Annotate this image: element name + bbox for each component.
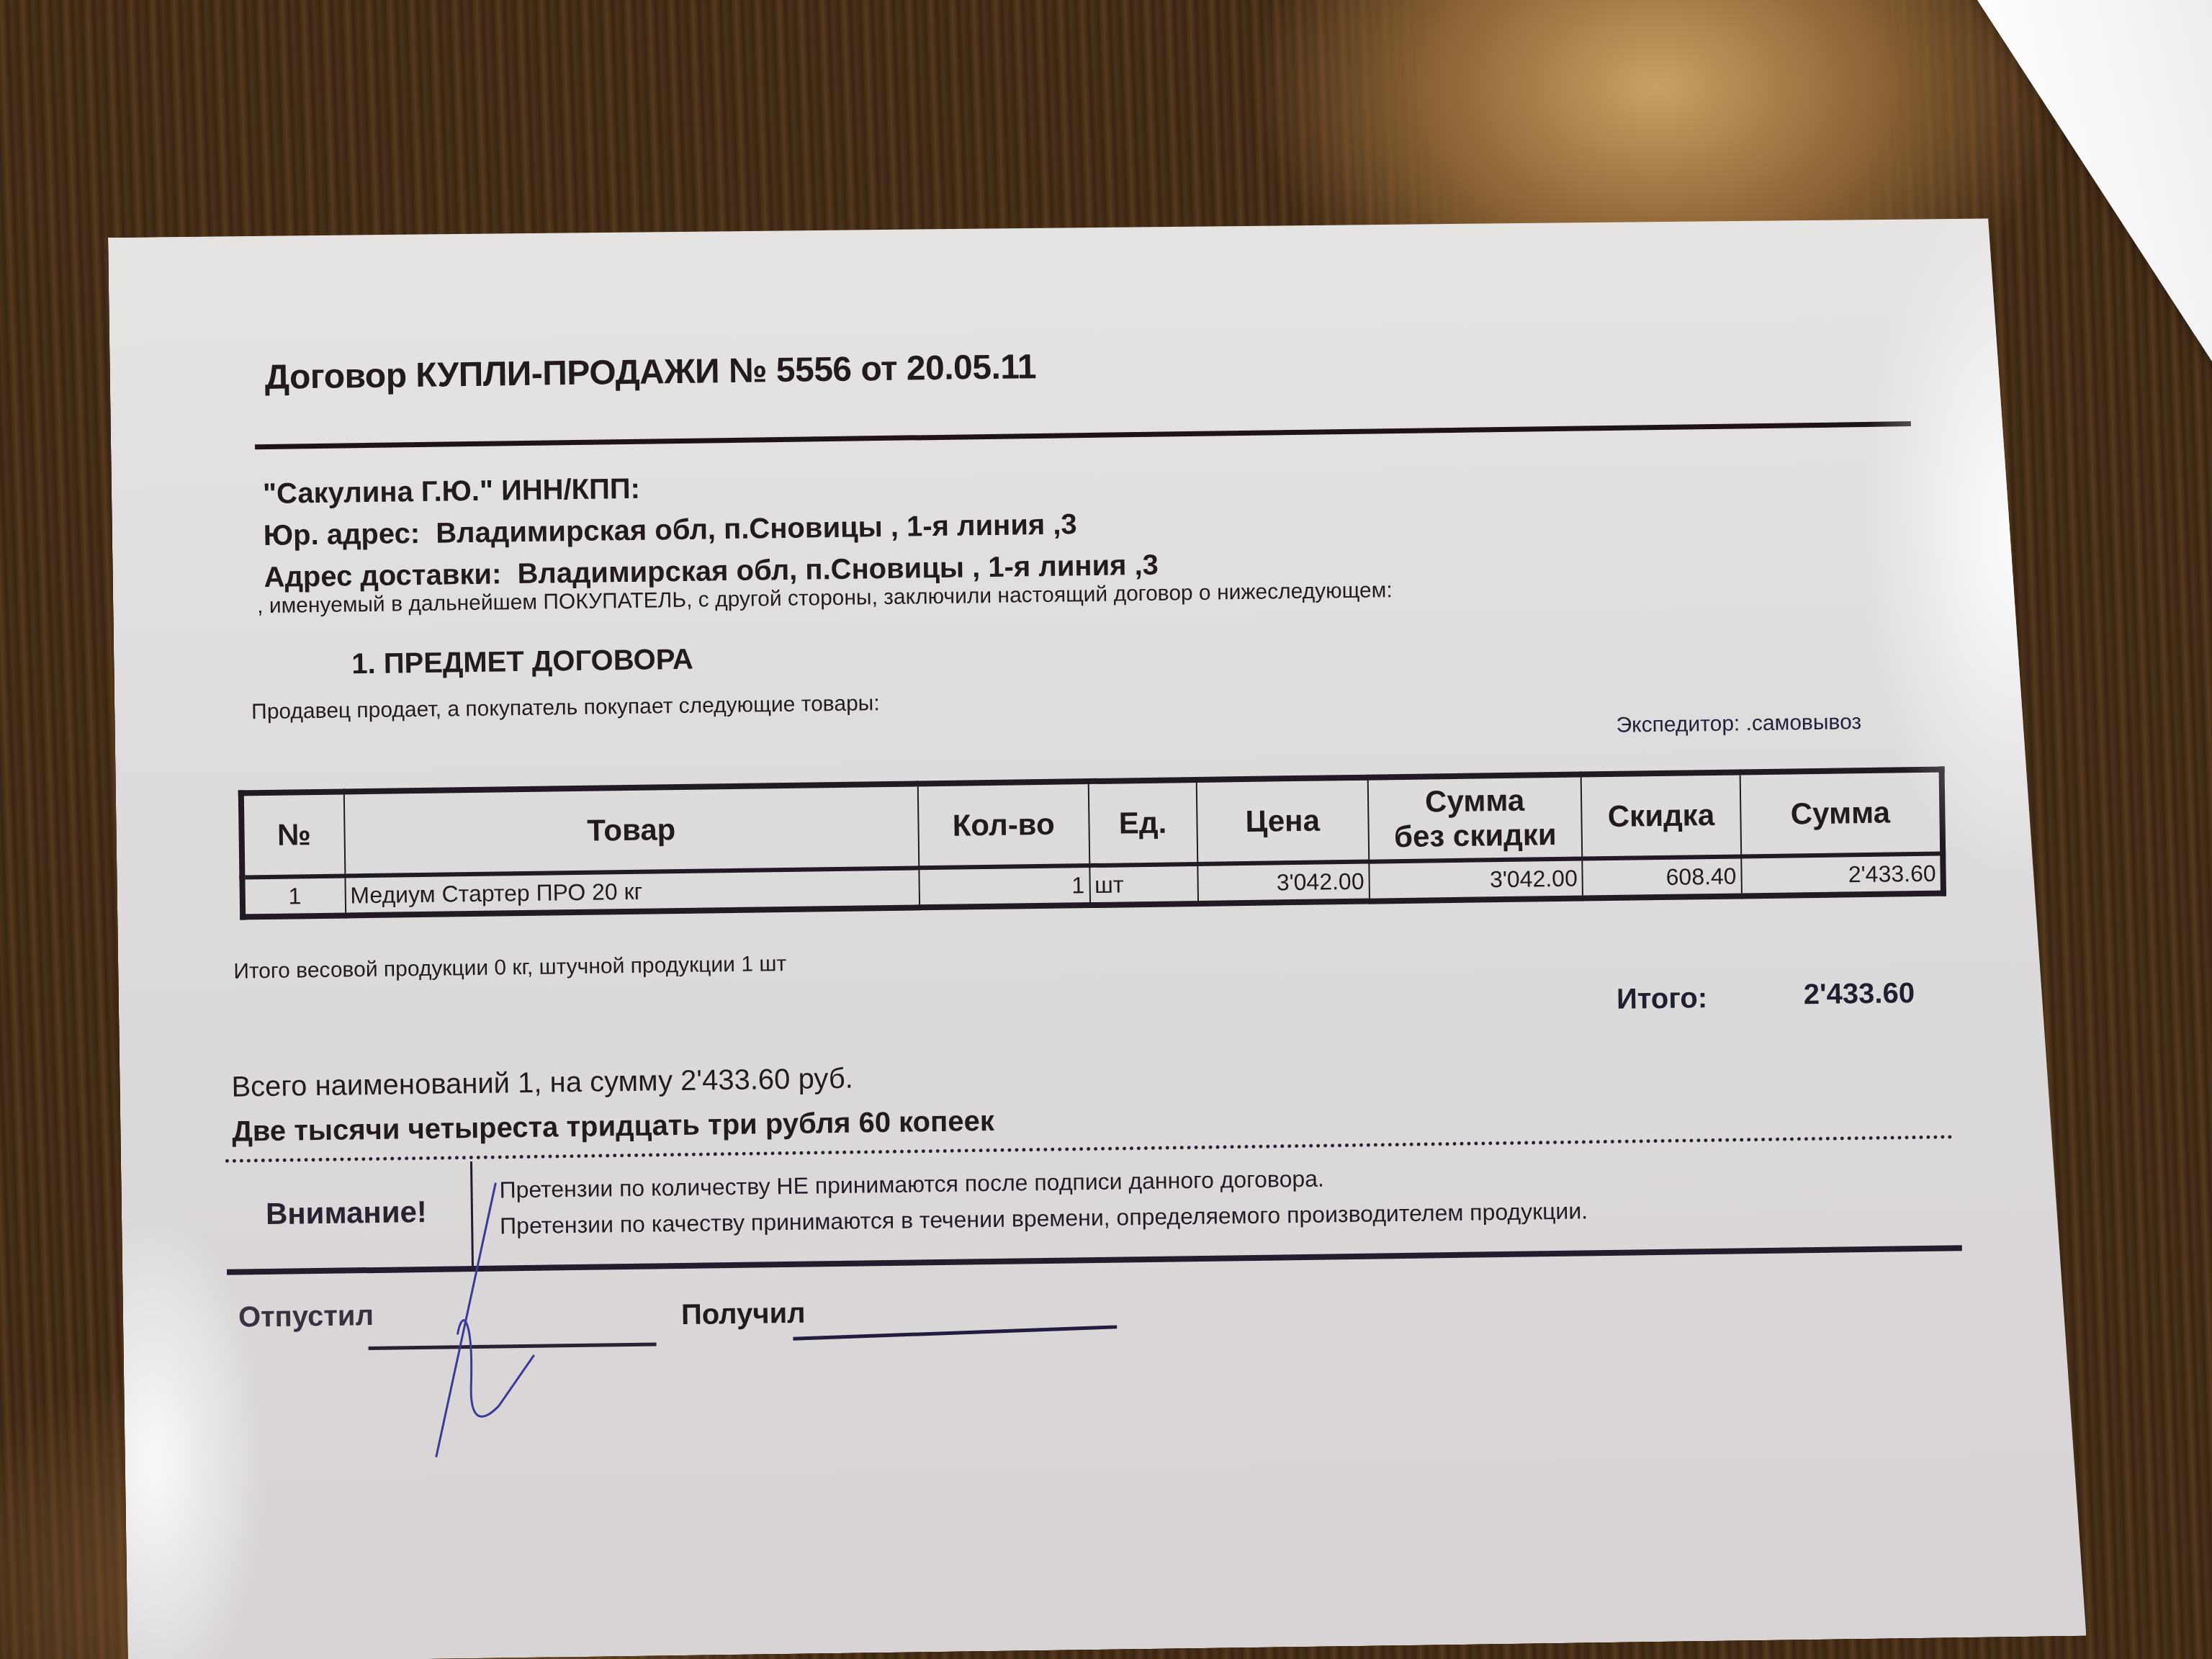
cell-number: 1 (242, 876, 345, 917)
total-label: Итого: (1617, 982, 1708, 1016)
cell-quantity: 1 (919, 866, 1089, 907)
buyer-details: "Сакулина Г.Ю." ИНН/КПП: Юр. адрес: Влад… (263, 461, 1159, 598)
col-header-product: Товар (343, 783, 919, 876)
forwarder-text: Экспедитор: .самовывоз (1616, 710, 1861, 738)
legal-address-value: Владимирская обл, п.Сновицы , 1-я линия … (436, 508, 1077, 549)
title-divider (255, 421, 1911, 449)
cell-sum: 2'433.60 (1741, 854, 1943, 896)
amount-in-words: Две тысячи четыреста тридцать три рубля … (232, 1105, 994, 1148)
col-header-quantity: Кол-во (918, 781, 1089, 868)
col-header-number: № (241, 792, 345, 878)
cell-price: 3'042.00 (1197, 862, 1370, 904)
received-by-label: Получил (681, 1298, 806, 1331)
attention-line-quality: Претензии по качеству принимаются в тече… (500, 1197, 1588, 1239)
received-by-signature-line (793, 1325, 1117, 1340)
total-value: 2'433.60 (1804, 977, 1915, 1011)
document-title: Договор КУПЛИ-ПРОДАЖИ № 5556 от 20.05.11 (264, 347, 1036, 397)
col-header-price: Цена (1196, 778, 1369, 864)
handwritten-signature (423, 1167, 572, 1457)
attention-label: Внимание! (266, 1195, 428, 1231)
items-summary: Всего наименований 1, на сумму 2'433.60 … (231, 1063, 853, 1104)
delivery-address-label: Адрес доставки: (264, 558, 501, 593)
attention-line-quantity: Претензии по количеству НЕ принимаются п… (499, 1166, 1324, 1204)
col-header-sum-without-discount-line1: Сумма (1373, 783, 1577, 820)
released-by-label: Отпустил (238, 1300, 374, 1334)
col-header-sum-without-discount-line2: без скидки (1373, 817, 1577, 855)
items-table: № Товар Кол-во Ед. Цена Сумма без скидки… (238, 766, 1946, 920)
legal-address-label: Юр. адрес: (263, 518, 420, 552)
cell-sum-without-discount: 3'042.00 (1369, 858, 1583, 901)
col-header-discount: Скидка (1581, 772, 1741, 858)
section-1-text: Продавец продает, а покупатель покупает … (251, 691, 880, 724)
weight-summary: Итого весовой продукции 0 кг, штучной пр… (233, 952, 786, 984)
cell-unit: шт (1089, 864, 1198, 905)
section-1-title: 1. ПРЕДМЕТ ДОГОВОРА (351, 644, 693, 681)
col-header-sum: Сумма (1740, 770, 1943, 857)
col-header-sum-without-discount: Сумма без скидки (1368, 775, 1583, 862)
contract-sheet: Договор КУПЛИ-ПРОДАЖИ № 5556 от 20.05.11… (108, 210, 2086, 1659)
cell-discount: 608.40 (1582, 856, 1741, 898)
cell-product: Медиум Стартер ПРО 20 кг (345, 868, 920, 915)
col-header-unit: Ед. (1088, 780, 1197, 866)
